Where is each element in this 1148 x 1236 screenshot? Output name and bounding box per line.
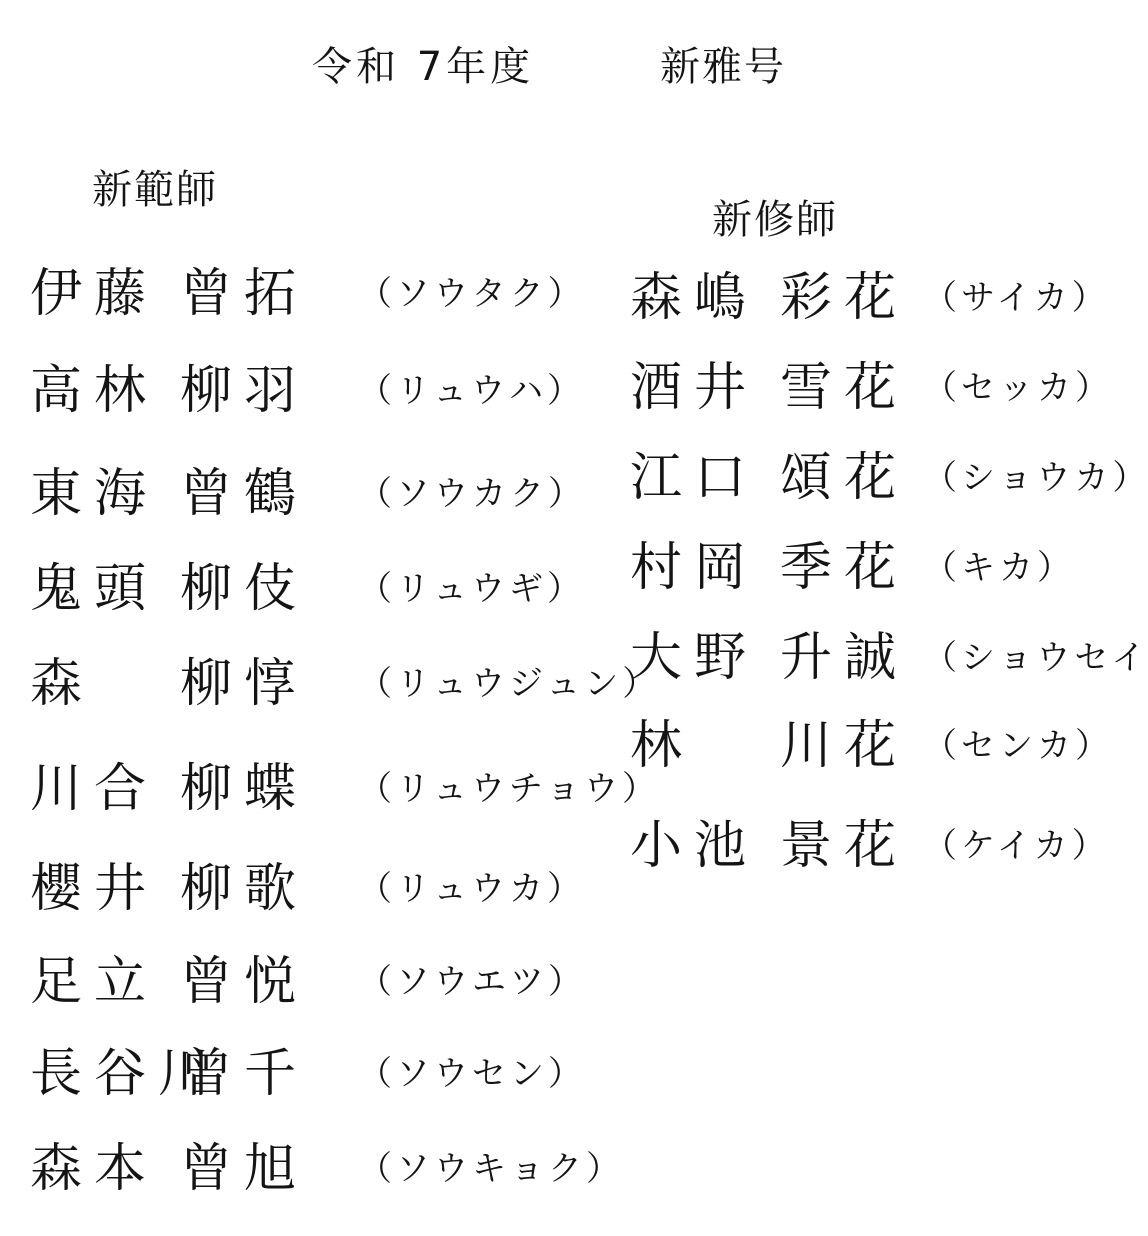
surname: 森 (30, 658, 180, 710)
given-name: 景花 (780, 820, 915, 872)
section-heading-hanshi: 新範師 (92, 158, 218, 215)
list-item: 東海 曾鶴 （ソウカク） (30, 468, 586, 520)
reading: （ソウキョク） (358, 1152, 624, 1186)
list-item: 大野 升誠 （ショウセイ） (630, 632, 1148, 684)
section-heading-shushi: 新修師 (712, 188, 838, 245)
list-item: 森嶋 彩花 （サイカ） (630, 272, 1110, 324)
surname: 林 (630, 720, 780, 772)
reading: （キカ） (923, 551, 1075, 585)
surname: 東海 (30, 468, 180, 520)
list-item: 櫻井 柳歌 （リュウカ） (30, 863, 585, 915)
given-name: 曾拓 (180, 268, 350, 320)
surname: 川合 (30, 763, 180, 815)
list-item: 江口 頌花 （ショウカ） (630, 452, 1148, 504)
surname: 江口 (630, 452, 780, 504)
reading: （ソウタク） (358, 277, 586, 311)
page-title: 令和 7年度 新雅号 (300, 28, 820, 98)
reading: （リュウチョウ） (358, 772, 660, 806)
given-name: 柳伎 (180, 563, 350, 615)
reading: （ソウカク） (358, 477, 586, 511)
list-item: 森 柳惇 （リュウジュン） (30, 658, 660, 710)
list-item: 酒井 雪花 （セッカ） (630, 362, 1113, 414)
reading: （サイカ） (923, 281, 1110, 315)
surname: 長谷川 (30, 1048, 180, 1100)
surname: 伊藤 (30, 268, 180, 320)
title-heading: 新雅号 (660, 35, 786, 92)
list-item: 林 川花 （センカ） (630, 720, 1113, 772)
surname: 足立 (30, 956, 180, 1008)
surname: 大野 (630, 632, 780, 684)
given-name: 季花 (780, 542, 915, 594)
given-name: 彩花 (780, 272, 915, 324)
list-item: 伊藤 曾拓 （ソウタク） (30, 268, 586, 320)
list-item: 長谷川 曾千 （ソウセン） (30, 1048, 586, 1100)
reading: （リュウカ） (358, 872, 585, 906)
given-name: 曾悦 (180, 956, 350, 1008)
reading: （ソウエツ） (358, 965, 586, 999)
reading: （リュウハ） (358, 374, 585, 408)
surname: 森嶋 (630, 272, 780, 324)
given-name: 曾鶴 (180, 468, 350, 520)
list-item: 鬼頭 柳伎 （リュウギ） (30, 563, 585, 615)
reading: （ショウセイ） (923, 641, 1148, 675)
given-name: 曾千 (180, 1048, 350, 1100)
list-item: 小池 景花 （ケイカ） (630, 820, 1110, 872)
reading: （センカ） (923, 729, 1113, 763)
list-item: 森本 曾旭 （ソウキョク） (30, 1143, 624, 1195)
reading: （リュウジュン） (358, 667, 660, 701)
given-name: 雪花 (780, 362, 915, 414)
list-item: 高林 柳羽 （リュウハ） (30, 365, 585, 417)
reading: （リュウギ） (358, 572, 585, 606)
given-name: 升誠 (780, 632, 915, 684)
surname: 酒井 (630, 362, 780, 414)
era-year-label: 令和 7年度 (312, 35, 534, 92)
list-item: 村岡 季花 （キカ） (630, 542, 1075, 594)
list-item: 川合 柳蝶 （リュウチョウ） (30, 763, 660, 815)
given-name: 柳歌 (180, 863, 350, 915)
list-item: 足立 曾悦 （ソウエツ） (30, 956, 586, 1008)
reading: （ショウカ） (923, 461, 1148, 495)
surname: 森本 (30, 1143, 180, 1195)
surname: 櫻井 (30, 863, 180, 915)
given-name: 柳羽 (180, 365, 350, 417)
reading: （ケイカ） (923, 829, 1110, 863)
given-name: 頌花 (780, 452, 915, 504)
surname: 小池 (630, 820, 780, 872)
surname: 鬼頭 (30, 563, 180, 615)
given-name: 柳惇 (180, 658, 350, 710)
given-name: 曾旭 (180, 1143, 350, 1195)
given-name: 川花 (780, 720, 915, 772)
reading: （セッカ） (923, 371, 1113, 405)
reading: （ソウセン） (358, 1057, 586, 1091)
given-name: 柳蝶 (180, 763, 350, 815)
surname: 村岡 (630, 542, 780, 594)
surname: 高林 (30, 365, 180, 417)
